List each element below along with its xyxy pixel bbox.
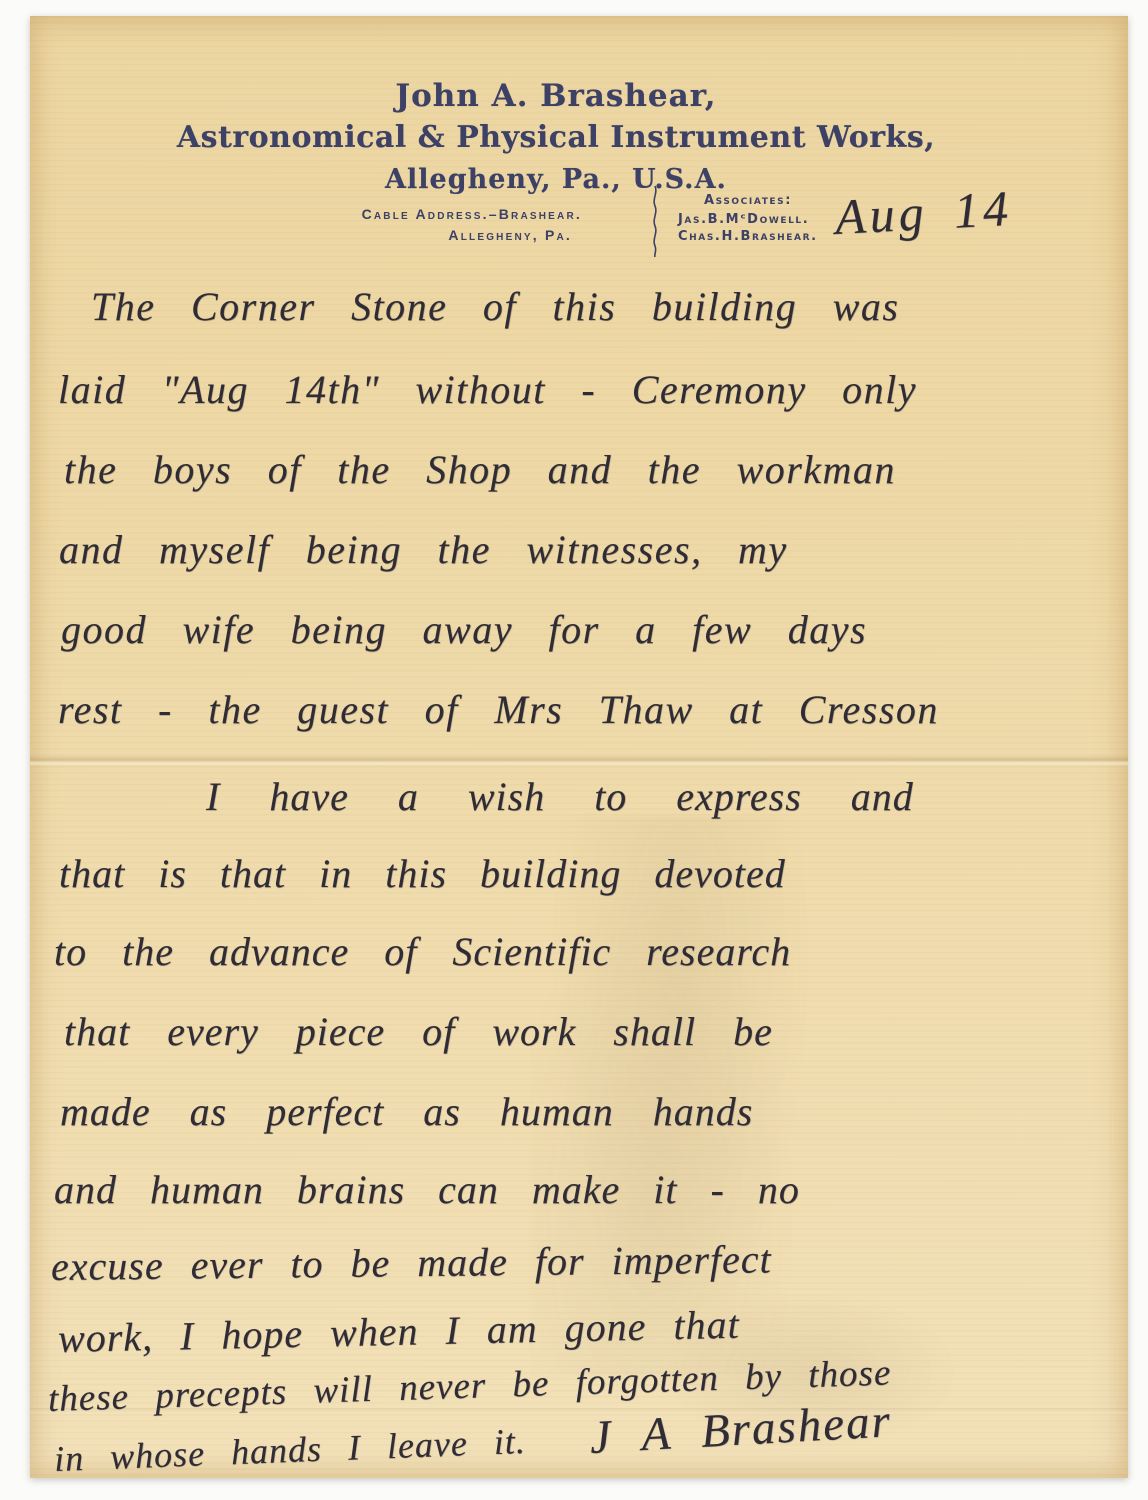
handwriting-line: laid "Aug 14th" without - Ceremony only: [58, 366, 917, 413]
handwriting-line: rest - the guest of Mrs Thaw at Cresson: [58, 686, 939, 733]
associate-name: Chas.H.Brashear.: [678, 228, 818, 245]
handwriting-line: to the advance of Scientific research: [54, 928, 791, 975]
associate-name: Jas.B.MᶜDowell.: [678, 211, 818, 228]
handwriting-line: that every piece of work shall be: [64, 1008, 773, 1055]
signature: J A Brashear: [588, 1394, 893, 1465]
handwriting-line: work, I hope when I am gone that: [58, 1301, 741, 1362]
handwriting-line: that is that in this building devoted: [59, 850, 786, 897]
cable-address-city: Allegheny, Pa.: [326, 225, 582, 246]
brace-divider-icon: [650, 184, 660, 258]
handwriting-line: and human brains can make it - no: [54, 1166, 800, 1213]
handwriting-line: excuse ever to be made for imperfect: [51, 1235, 772, 1290]
handwriting-line: I have a wish to express and: [206, 773, 914, 820]
letterhead-works: Astronomical & Physical Instrument Works…: [7, 120, 1105, 155]
associates-title: Associates:: [704, 192, 818, 209]
associates-block: Associates: Jas.B.MᶜDowell. Chas.H.Brash…: [678, 192, 818, 245]
handwriting-line: and myself being the witnesses, my: [59, 526, 788, 573]
scan-background: John A. Brashear, Astronomical & Physica…: [0, 0, 1148, 1500]
cable-address: Cable Address.–Brashear. Allegheny, Pa.: [326, 204, 582, 246]
letter-paper: John A. Brashear, Astronomical & Physica…: [30, 16, 1128, 1478]
handwriting-line: good wife being away for a few days: [61, 606, 867, 653]
handwriting-line: The Corner Stone of this building was: [91, 283, 899, 330]
handwritten-date: Aug 14: [833, 179, 1013, 246]
cable-address-line: Cable Address.–Brashear.: [326, 204, 582, 225]
letterhead-name: John A. Brashear,: [7, 78, 1105, 114]
handwriting-line: the boys of the Shop and the workman: [64, 446, 896, 493]
fold-crease: [30, 755, 1128, 767]
closing-text: in whose hands I leave it.: [53, 1421, 526, 1479]
handwriting-line: made as perfect as human hands: [60, 1088, 753, 1135]
